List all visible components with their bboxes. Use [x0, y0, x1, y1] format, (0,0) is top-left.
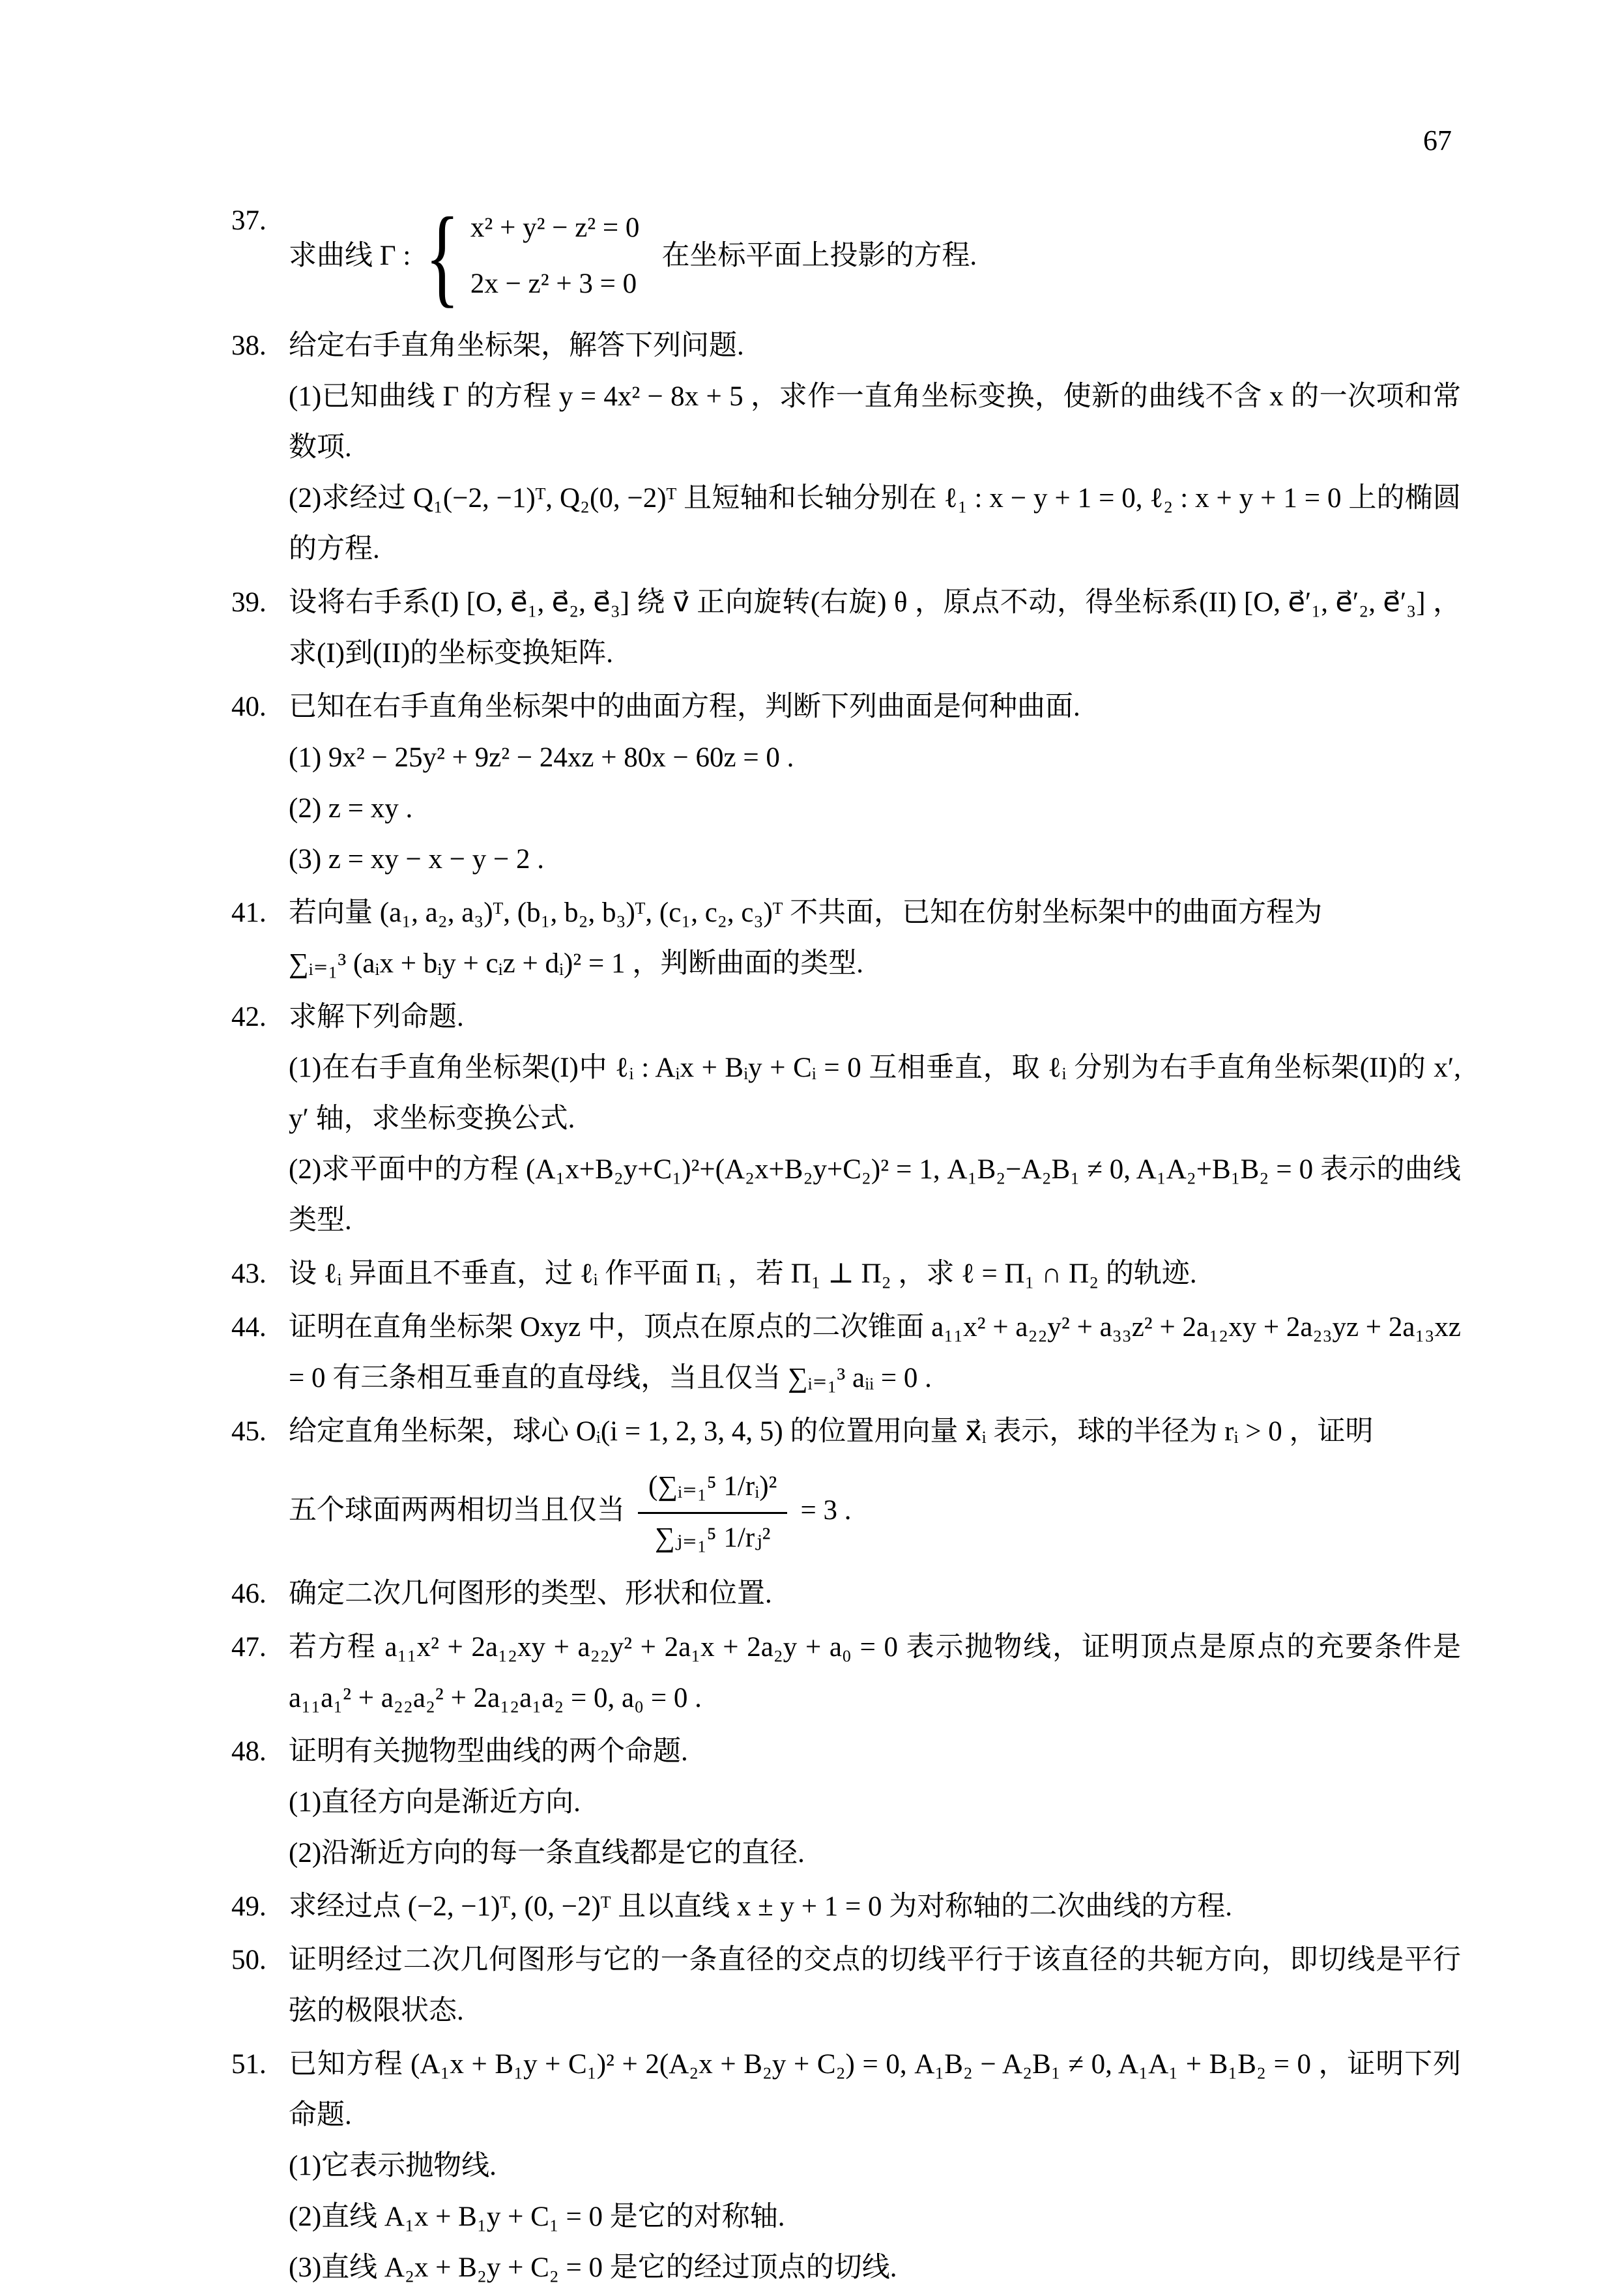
problem-text: 在坐标平面上投影的方程.: [661, 238, 977, 274]
problem-42: 42. 求解下列命题. (1)在右手直角坐标架(I)中 ℓᵢ : Aᵢx + B…: [231, 992, 1461, 1246]
problem-49: 49. 求经过点 (−2, −1)ᵀ, (0, −2)ᵀ 且以直线 x ± y …: [231, 1882, 1461, 1932]
problem-body: 已知在右手直角坐标架中的曲面方程，判断下列曲面是何种曲面. (1) 9x² − …: [289, 682, 1461, 885]
equation-system: x² + y² − z² = 0 2x − z² + 3 = 0: [470, 210, 640, 302]
problem-37: 37. 求曲线 Γ : { x² + y² − z² = 0 2x − z² +…: [231, 196, 1461, 318]
problem-text: 证明在直角坐标架 Oxyz 中，顶点在原点的二次锥面 a₁₁x² + a₂₂y²…: [289, 1302, 1461, 1404]
problem-subitem: (1)直径方向是渐近方向.: [289, 1777, 1461, 1828]
problem-subitem: (3) z = xy − x − y − 2 .: [289, 834, 1461, 885]
problem-text: 求经过点 (−2, −1)ᵀ, (0, −2)ᵀ 且以直线 x ± y + 1 …: [289, 1882, 1461, 1932]
problem-text: 证明有关抛物型曲线的两个命题.: [289, 1726, 1461, 1777]
problem-subitem: (1) 9x² − 25y² + 9z² − 24xz + 80x − 60z …: [289, 733, 1461, 783]
problem-body: 证明经过二次几何图形与它的一条直径的交点的切线平行于该直径的共轭方向，即切线是平…: [289, 1935, 1461, 2037]
problem-text: 给定右手直角坐标架，解答下列问题.: [289, 321, 1461, 371]
problem-body: 证明在直角坐标架 Oxyz 中，顶点在原点的二次锥面 a₁₁x² + a₂₂y²…: [289, 1302, 1461, 1404]
problem-list: 37. 求曲线 Γ : { x² + y² − z² = 0 2x − z² +…: [231, 196, 1461, 2296]
problem-body: 设 ℓᵢ 异面且不垂直，过 ℓᵢ 作平面 Πᵢ ，若 Π₁ ⊥ Π₂ ，求 ℓ …: [289, 1249, 1461, 1300]
fraction-denominator: ∑ⱼ₌₁⁵ 1/rⱼ²: [655, 1514, 770, 1556]
problem-body: 给定右手直角坐标架，解答下列问题. (1)已知曲线 Γ 的方程 y = 4x² …: [289, 321, 1461, 575]
left-brace-icon: {: [426, 201, 460, 312]
problem-number: 37.: [231, 196, 289, 246]
problem-text: 设将右手系(I) [O, e⃗₁, e⃗₂, e⃗₃] 绕 v⃗ 正向旋转(右旋…: [289, 577, 1461, 679]
problem-number: 43.: [231, 1249, 289, 1300]
problem-text: 若方程 a₁₁x² + 2a₁₂xy + a₂₂y² + 2a₁x + 2a₂y…: [289, 1622, 1461, 1724]
problem-text: 若向量 (a₁, a₂, a₃)ᵀ, (b₁, b₂, b₃)ᵀ, (c₁, c…: [289, 888, 1461, 938]
problem-body: 若方程 a₁₁x² + 2a₁₂xy + a₂₂y² + 2a₁x + 2a₂y…: [289, 1622, 1461, 1724]
problem-51: 51. 已知方程 (A₁x + B₁y + C₁)² + 2(A₂x + B₂y…: [231, 2039, 1461, 2293]
textbook-page: { "page_number": "67", "brace": "{", "p3…: [0, 0, 1616, 2286]
problem-subitem: (2)求经过 Q₁(−2, −1)ᵀ, Q₂(0, −2)ᵀ 且短轴和长轴分别在…: [289, 473, 1461, 575]
problem-body: 设将右手系(I) [O, e⃗₁, e⃗₂, e⃗₃] 绕 v⃗ 正向旋转(右旋…: [289, 577, 1461, 679]
problem-subitem: (1)已知曲线 Γ 的方程 y = 4x² − 8x + 5 ，求作一直角坐标变…: [289, 371, 1461, 473]
problem-number: 39.: [231, 577, 289, 628]
problem-40: 40. 已知在右手直角坐标架中的曲面方程，判断下列曲面是何种曲面. (1) 9x…: [231, 682, 1461, 885]
problem-body: 若向量 (a₁, a₂, a₃)ᵀ, (b₁, b₂, b₃)ᵀ, (c₁, c…: [289, 888, 1461, 989]
problem-text: 确定二次几何图形的类型、形状和位置.: [289, 1569, 1461, 1620]
problem-44: 44. 证明在直角坐标架 Oxyz 中，顶点在原点的二次锥面 a₁₁x² + a…: [231, 1302, 1461, 1404]
problem-41: 41. 若向量 (a₁, a₂, a₃)ᵀ, (b₁, b₂, b₃)ᵀ, (c…: [231, 888, 1461, 989]
problem-body: 求解下列命题. (1)在右手直角坐标架(I)中 ℓᵢ : Aᵢx + Bᵢy +…: [289, 992, 1461, 1246]
fraction: (∑ᵢ₌₁⁵ 1/rᵢ)² ∑ⱼ₌₁⁵ 1/rⱼ²: [638, 1466, 787, 1556]
fraction-numerator: (∑ᵢ₌₁⁵ 1/rᵢ)²: [638, 1466, 787, 1514]
problem-number: 38.: [231, 321, 289, 371]
problem-body: 已知方程 (A₁x + B₁y + C₁)² + 2(A₂x + B₂y + C…: [289, 2039, 1461, 2293]
problem-45: 45. 给定直角坐标架，球心 Oᵢ(i = 1, 2, 3, 4, 5) 的位置…: [231, 1406, 1461, 1566]
problem-number: 40.: [231, 682, 289, 733]
problem-body: 证明有关抛物型曲线的两个命题. (1)直径方向是渐近方向. (2)沿渐近方向的每…: [289, 1726, 1461, 1879]
problem-43: 43. 设 ℓᵢ 异面且不垂直，过 ℓᵢ 作平面 Πᵢ ，若 Π₁ ⊥ Π₂ ，…: [231, 1249, 1461, 1300]
problem-number: 46.: [231, 1569, 289, 1620]
problem-46: 46. 确定二次几何图形的类型、形状和位置.: [231, 1569, 1461, 1620]
problem-number: 44.: [231, 1302, 289, 1353]
problem-text: 已知在右手直角坐标架中的曲面方程，判断下列曲面是何种曲面.: [289, 682, 1461, 733]
problem-subitem: (2)沿渐近方向的每一条直线都是它的直径.: [289, 1828, 1461, 1879]
problem-number: 45.: [231, 1406, 289, 1457]
problem-text: 证明经过二次几何图形与它的一条直径的交点的切线平行于该直径的共轭方向，即切线是平…: [289, 1935, 1461, 2037]
problem-48: 48. 证明有关抛物型曲线的两个命题. (1)直径方向是渐近方向. (2)沿渐近…: [231, 1726, 1461, 1879]
problem-subitem: (2) z = xy .: [289, 783, 1461, 834]
equation-system-row: 求曲线 Γ : { x² + y² − z² = 0 2x − z² + 3 =…: [289, 196, 1461, 318]
problem-subitem: (2)直线 A₁x + B₁y + C₁ = 0 是它的对称轴.: [289, 2192, 1461, 2243]
problem-number: 48.: [231, 1726, 289, 1777]
problem-body: 确定二次几何图形的类型、形状和位置.: [289, 1569, 1461, 1620]
problem-number: 51.: [231, 2039, 289, 2090]
problem-body: 求经过点 (−2, −1)ᵀ, (0, −2)ᵀ 且以直线 x ± y + 1 …: [289, 1882, 1461, 1932]
problem-body: 给定直角坐标架，球心 Oᵢ(i = 1, 2, 3, 4, 5) 的位置用向量 …: [289, 1406, 1461, 1566]
problem-text: 已知方程 (A₁x + B₁y + C₁)² + 2(A₂x + B₂y + C…: [289, 2039, 1461, 2141]
problem-39: 39. 设将右手系(I) [O, e⃗₁, e⃗₂, e⃗₃] 绕 v⃗ 正向旋…: [231, 577, 1461, 679]
problem-text: 求解下列命题.: [289, 992, 1461, 1043]
page-number: 67: [1423, 124, 1452, 157]
problem-number: 47.: [231, 1622, 289, 1673]
fraction-row: 五个球面两两相切当且仅当 (∑ᵢ₌₁⁵ 1/rᵢ)² ∑ⱼ₌₁⁵ 1/rⱼ² =…: [289, 1457, 1461, 1566]
problem-38: 38. 给定右手直角坐标架，解答下列问题. (1)已知曲线 Γ 的方程 y = …: [231, 321, 1461, 575]
problem-text: 求曲线 Γ :: [289, 238, 411, 274]
problem-47: 47. 若方程 a₁₁x² + 2a₁₂xy + a₂₂y² + 2a₁x + …: [231, 1622, 1461, 1724]
problem-subitem: (1)在右手直角坐标架(I)中 ℓᵢ : Aᵢx + Bᵢy + Cᵢ = 0 …: [289, 1043, 1461, 1144]
problem-equation: ∑ᵢ₌₁³ (aᵢx + bᵢy + cᵢz + dᵢ)² = 1 ，判断曲面的…: [289, 938, 1461, 989]
problem-50: 50. 证明经过二次几何图形与它的一条直径的交点的切线平行于该直径的共轭方向，即…: [231, 1935, 1461, 2037]
problem-subitem: (1)它表示抛物线.: [289, 2141, 1461, 2192]
problem-number: 49.: [231, 1882, 289, 1932]
problem-number: 41.: [231, 888, 289, 938]
equation: 2x − z² + 3 = 0: [470, 266, 640, 302]
problem-text: 给定直角坐标架，球心 Oᵢ(i = 1, 2, 3, 4, 5) 的位置用向量 …: [289, 1406, 1461, 1457]
problem-number: 42.: [231, 992, 289, 1043]
equation: x² + y² − z² = 0: [470, 210, 640, 246]
problem-subitem: (2)求平面中的方程 (A₁x+B₂y+C₁)²+(A₂x+B₂y+C₂)² =…: [289, 1144, 1461, 1246]
problem-text: = 3 .: [800, 1493, 851, 1528]
problem-text: 五个球面两两相切当且仅当: [289, 1493, 625, 1528]
problem-text: 设 ℓᵢ 异面且不垂直，过 ℓᵢ 作平面 Πᵢ ，若 Π₁ ⊥ Π₂ ，求 ℓ …: [289, 1249, 1461, 1300]
problem-subitem: (3)直线 A₂x + B₂y + C₂ = 0 是它的经过顶点的切线.: [289, 2243, 1461, 2293]
problem-number: 50.: [231, 1935, 289, 1986]
problem-body: 求曲线 Γ : { x² + y² − z² = 0 2x − z² + 3 =…: [289, 196, 1461, 318]
